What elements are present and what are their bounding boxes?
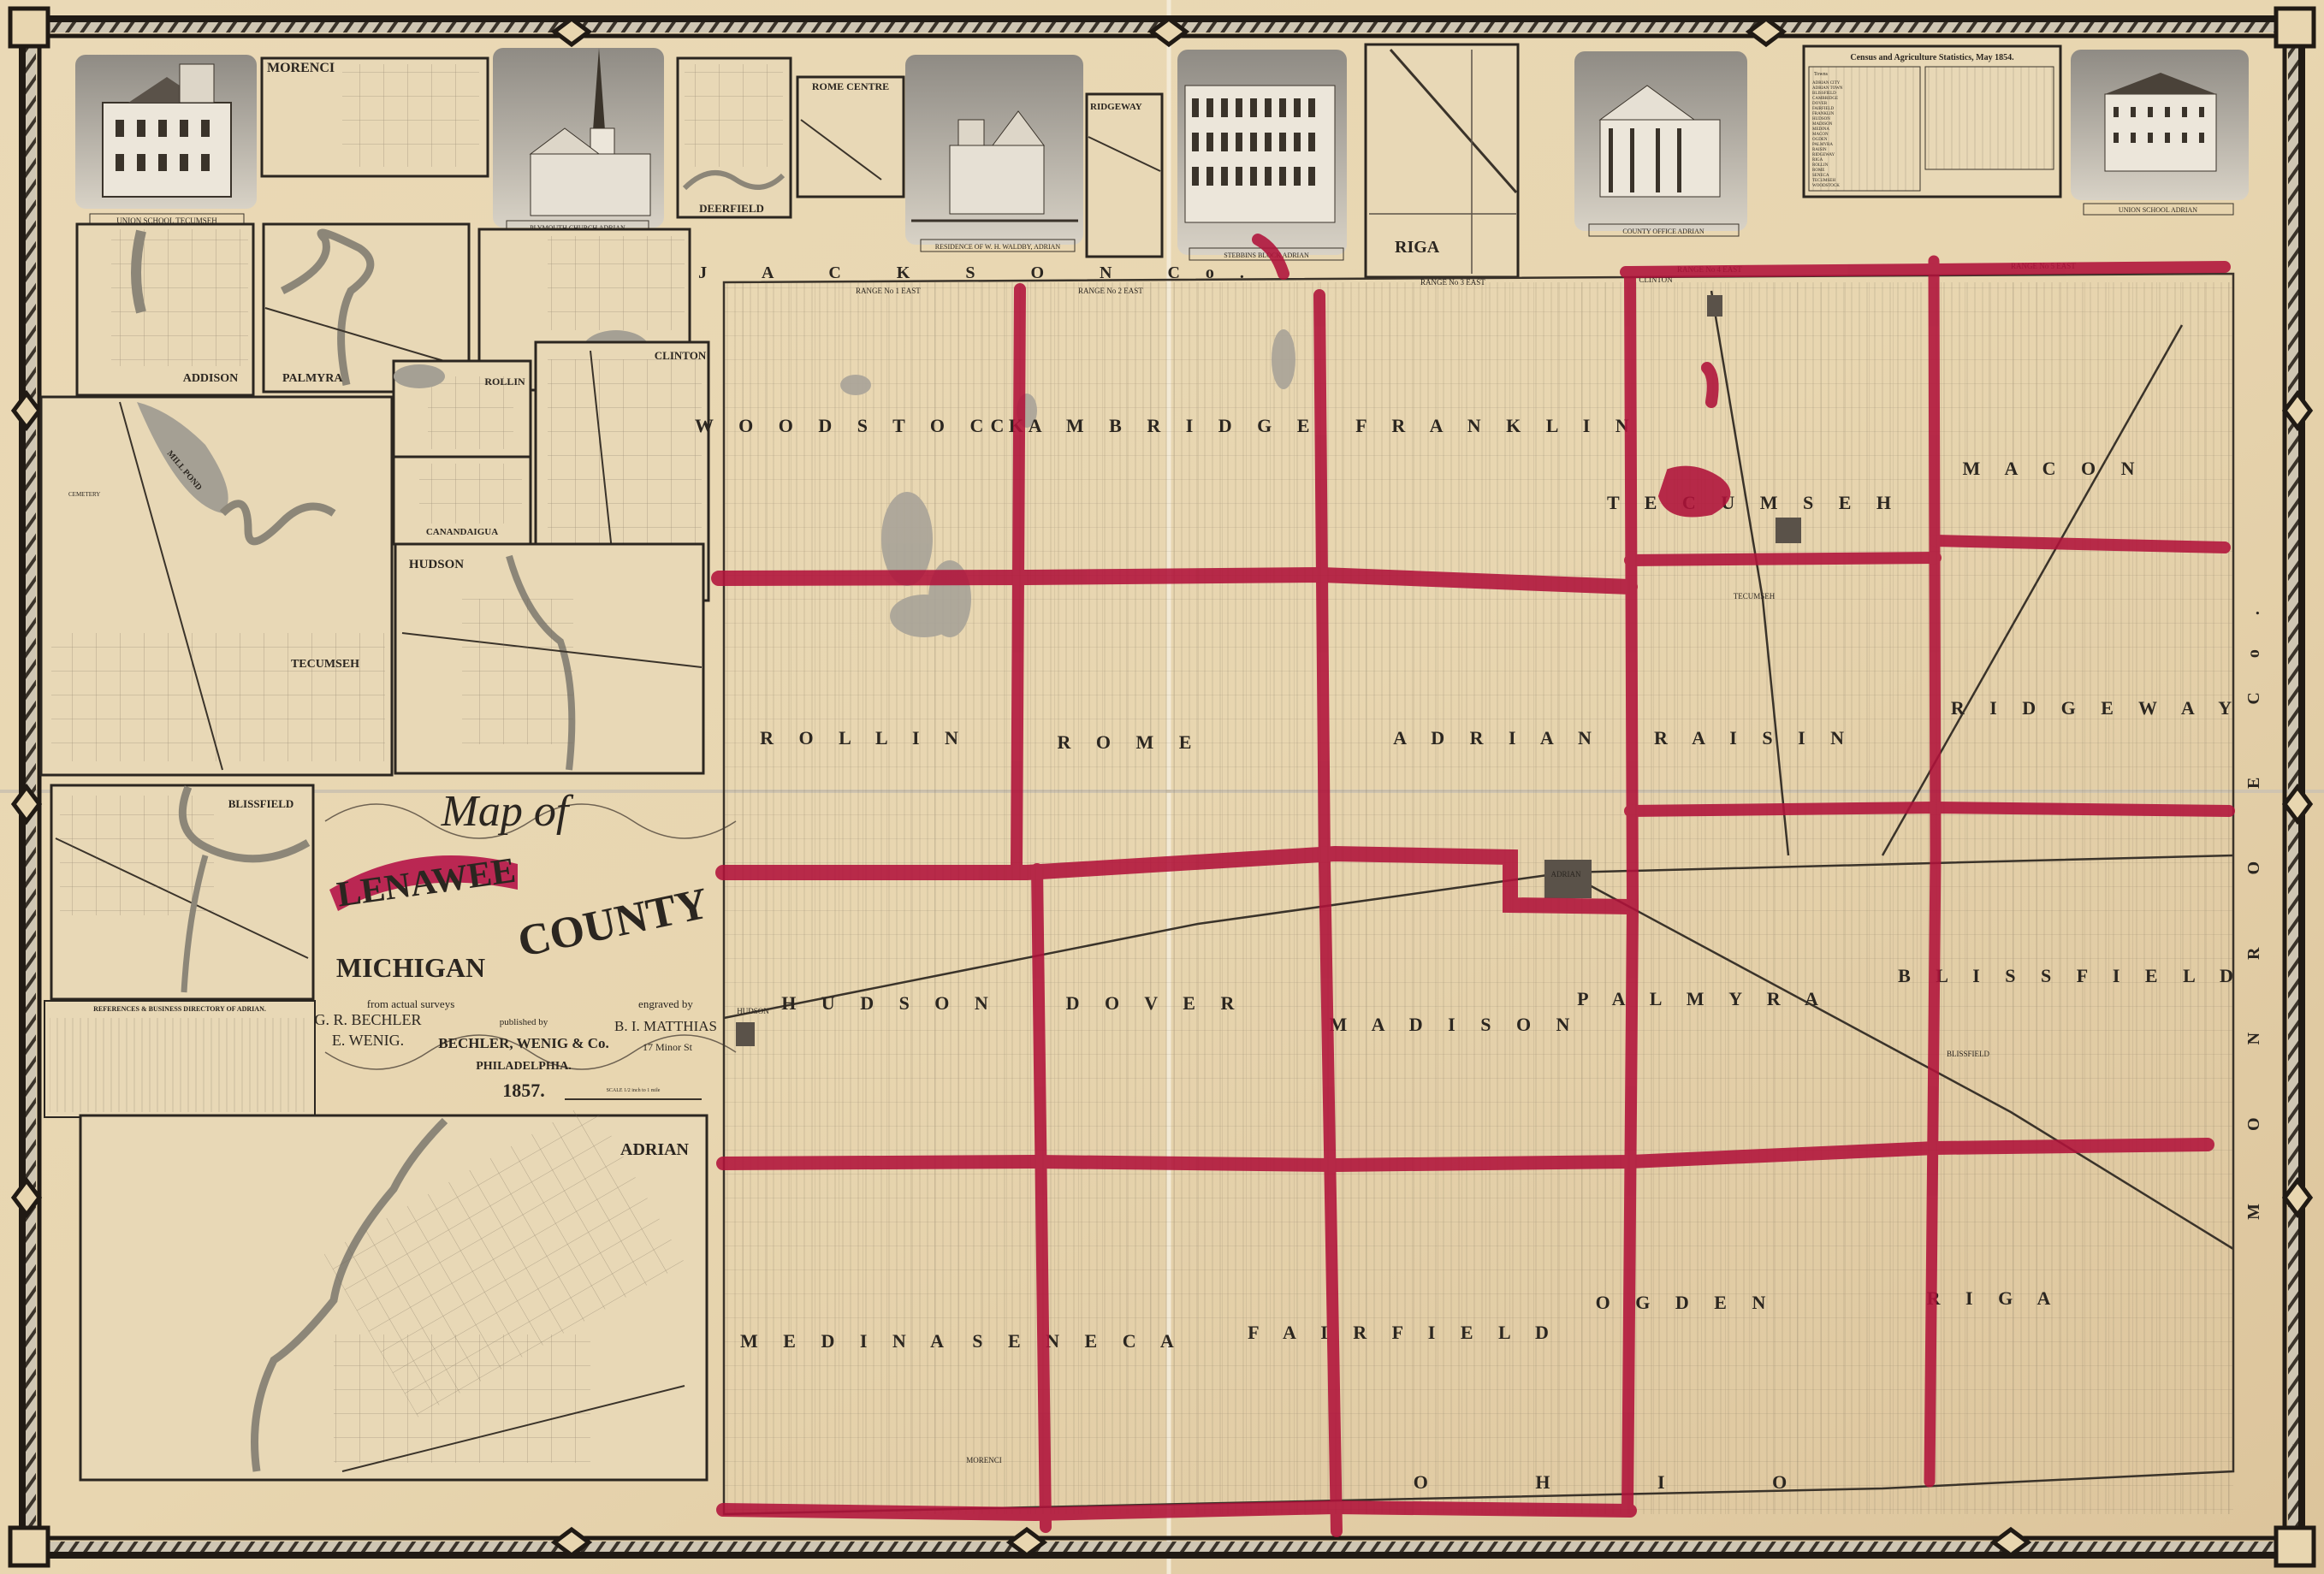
township-label: M E D I N A [740, 1330, 954, 1352]
clinton-city-block [1707, 295, 1722, 317]
inset-blissfield: BLISSFIELD [51, 785, 313, 999]
vignette-residence-waldby: RESIDENCE OF W. H. WALDBY, ADRIAN [905, 55, 1083, 251]
township-label: S E N E C A [972, 1330, 1184, 1352]
census-title: Census and Agriculture Statistics, May 1… [1850, 53, 2014, 62]
inset-title: RIGA [1395, 238, 1440, 257]
township-label: P A L M Y R A [1577, 988, 1829, 1009]
township-label: F R A N K L I N [1355, 415, 1639, 436]
census-town-row: ADRIAN CITY [1812, 81, 1841, 86]
scale-label: SCALE 1/2 inch to 1 mile [607, 1088, 661, 1093]
census-town-row: FAIRFIELD [1812, 107, 1835, 111]
inset-title: MORENCI [267, 61, 335, 75]
inset-title: PALMYRA [282, 372, 343, 385]
vignette-caption: UNION SCHOOL ADRIAN [2119, 206, 2197, 214]
business-directory-adrian: REFERENCES & BUSINESS DIRECTORY OF ADRIA… [44, 1001, 315, 1117]
engraver-address: 17 Minor St [643, 1041, 693, 1053]
inset-adrian: ADRIAN [80, 1100, 707, 1480]
inset-title: CLINTON [655, 349, 707, 362]
census-town-row: MADISON [1812, 122, 1833, 127]
inset-title: ROME CENTRE [812, 80, 889, 92]
county-map-sheet: UNION SCHOOL TECUMSEH MORENCI PLYMOUTH C… [0, 0, 2324, 1574]
census-table: Census and Agriculture Statistics, May 1… [1804, 46, 2060, 197]
township-label: O G D E N [1596, 1292, 1776, 1313]
township-label: R O L L I N [760, 727, 969, 749]
publisher: BECHLER, WENIG & Co. [438, 1035, 608, 1051]
village-label: MORENCI [966, 1456, 1002, 1465]
census-town-row: TECUMSEH [1812, 179, 1835, 183]
inset-ridgeway: RIDGEWAY [1087, 94, 1162, 257]
vignette-union-school-tecumseh: UNION SCHOOL TECUMSEH [75, 55, 257, 226]
inset-title: BLISSFIELD [228, 797, 294, 810]
inset-morenci: MORENCI [262, 58, 488, 176]
township-label: C A M B R I D G E [991, 415, 1320, 436]
publication-year: 1857. [502, 1080, 545, 1101]
vignette-union-school-adrian: UNION SCHOOL ADRIAN [2071, 50, 2249, 215]
inset-title: ADDISON [183, 372, 239, 385]
survey-credit: from actual surveys [367, 997, 455, 1010]
inset-title: CANANDAIGUA [426, 527, 498, 537]
township-label: R I G A [1927, 1287, 2061, 1309]
census-town-row: CAMBRIDGE [1812, 97, 1838, 101]
census-town-row: WOODSTOCK [1812, 184, 1840, 188]
engraver: B. I. MATTHIAS [614, 1018, 717, 1034]
township-label: W O O D S T O C K [695, 415, 1034, 436]
published-by-label: published by [500, 1017, 548, 1027]
census-town-row: RIDGEWAY [1812, 153, 1835, 157]
inset-title: ROLLIN [484, 376, 525, 388]
vignette-plymouth-church: PLYMOUTH CHURCH ADRIAN [493, 48, 664, 233]
census-town-row: RAISIN [1812, 148, 1827, 152]
township-label: T E C U M S E H [1607, 492, 1901, 513]
village-label: TECUMSEH [1734, 592, 1776, 601]
census-town-row: MACON [1812, 133, 1829, 137]
inset-addison: ADDISON [77, 224, 253, 395]
township-label: A D R I A N [1393, 727, 1602, 749]
census-town-row: ADRIAN TOWN [1812, 86, 1843, 91]
adrian-city-block [1544, 860, 1592, 898]
census-town-row: SENECA [1812, 174, 1829, 178]
cemetery-label: CEMETERY [68, 491, 100, 498]
census-town-row: ROME [1812, 169, 1824, 173]
village-label: BLISSFIELD [1947, 1050, 1990, 1058]
inset-title: TECUMSEH [291, 658, 359, 671]
title-state: MICHIGAN [336, 952, 485, 983]
inset-hudson: HUDSON [395, 544, 703, 773]
census-town-row: PALMYRA [1812, 143, 1833, 147]
range-3-label: RANGE No 3 EAST [1420, 278, 1485, 287]
range-1-label: RANGE No 1 EAST [856, 287, 921, 295]
title-map-of: Map of [441, 787, 574, 836]
vignette-county-office: COUNTY OFFICE ADRIAN [1574, 51, 1747, 236]
inset-tecumseh: MILL POND CEMETERY TECUMSEH [41, 397, 392, 775]
township-label: D O V E R [1066, 992, 1245, 1014]
township-label: R I D G E W A Y [1951, 697, 2242, 719]
census-col-header: Towns [1814, 72, 1829, 77]
village-label: HUDSON [737, 1007, 769, 1015]
directory-title: REFERENCES & BUSINESS DIRECTORY OF ADRIA… [93, 1005, 266, 1013]
census-town-row: MEDINA [1812, 127, 1829, 132]
vignette-stebbins-block: STEBBINS BLOCK ADRIAN [1177, 50, 1347, 260]
range-2-label: RANGE No 2 EAST [1078, 287, 1143, 295]
hudson-city-block [736, 1022, 755, 1046]
township-label: R A I S I N [1654, 727, 1854, 749]
inset-title: ADRIAN [620, 1140, 690, 1159]
township-label: R O M E [1058, 731, 1202, 753]
inset-title: HUDSON [409, 558, 464, 571]
inset-rome-centre: ROME CENTRE [797, 77, 904, 197]
census-town-row: ROLLIN [1812, 163, 1829, 168]
vignette-caption: COUNTY OFFICE ADRIAN [1622, 228, 1704, 235]
inset-deerfield: DEERFIELD [678, 58, 791, 217]
tecumseh-city-block [1776, 518, 1801, 543]
census-town-row: FRANKLIN [1812, 112, 1835, 116]
jackson-county-label: J A C K S O N Co. [698, 263, 1270, 282]
village-label: ADRIAN [1551, 870, 1581, 879]
surveyor-1: G. R. BECHLER [314, 1011, 421, 1028]
census-town-row: OGDEN [1812, 138, 1828, 142]
census-town-row: RIGA [1812, 158, 1823, 163]
engraved-by-label: engraved by [638, 997, 693, 1010]
inset-canandaigua: CANANDAIGUA [394, 457, 531, 544]
census-town-row: HUDSON [1812, 117, 1830, 121]
inset-rollin: ROLLIN [394, 361, 531, 457]
inset-riga: RIGA [1366, 44, 1518, 277]
vignette-caption: RESIDENCE OF W. H. WALDBY, ADRIAN [935, 243, 1061, 251]
census-town-row: BLISSFIELD [1812, 92, 1836, 96]
surveyor-2: E. WENIG. [332, 1032, 404, 1049]
census-town-row: DOVER [1812, 102, 1828, 106]
township-label: F A I R F I E L D [1248, 1322, 1559, 1343]
township-label: B L I S S F I E L D [1898, 965, 2244, 986]
county-map: J A C K S O N Co. RANGE No 1 EAST RANGE … [695, 262, 2263, 1514]
inset-title: DEERFIELD [699, 202, 764, 215]
publisher-city: PHILADELPHIA. [476, 1060, 572, 1073]
township-label: H U D S O N [781, 992, 999, 1014]
inset-title: RIDGEWAY [1090, 102, 1142, 112]
township-label: M A C O N [1962, 458, 2144, 479]
monroe-county-label: M O N R O E Co. [2244, 577, 2263, 1220]
township-label: M A D I S O N [1330, 1014, 1580, 1035]
